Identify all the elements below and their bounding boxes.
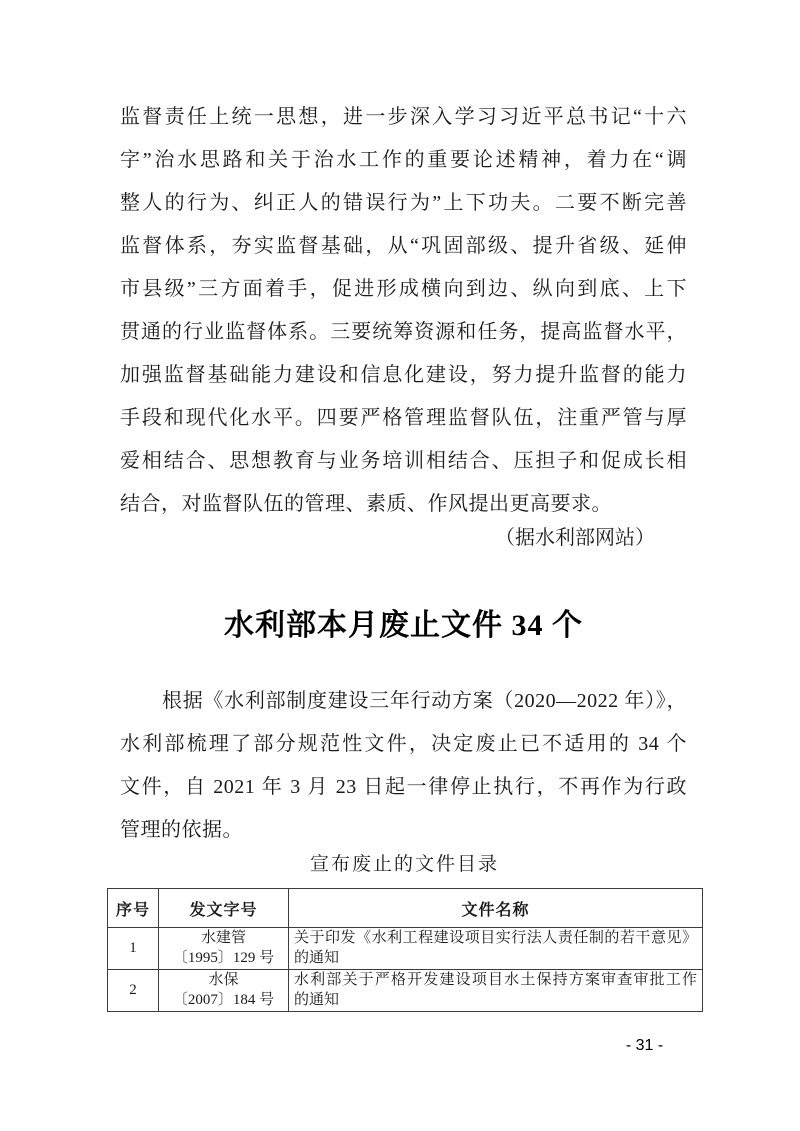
text-line: 手段和现代化水平。四要严格管理监督队伍，注重严管与厚 xyxy=(120,397,687,440)
body-paragraph-2: 根据《水利部制度建设三年行动方案（2020—2022 年）》，水利部梳理了部分规… xyxy=(120,680,687,852)
text-line: 文件，自 2021 年 3 月 23 日起一律停止执行，不再作为行政 xyxy=(120,766,687,809)
article-title: 水利部本月废止文件 34 个 xyxy=(120,603,687,649)
cell-line: 的通知 xyxy=(294,991,697,1011)
cell-index: 2 xyxy=(108,970,159,1012)
cell-index: 1 xyxy=(108,928,159,970)
cell-line: 水利部关于严格开发建设项目水土保持方案审查审批工作 xyxy=(294,971,697,991)
cell-line: 〔1995〕129 号 xyxy=(164,949,283,969)
body-paragraph-1: 监督责任上统一思想，进一步深入学习习近平总书记“十六字”治水思路和关于治水工作的… xyxy=(120,96,687,526)
column-header-index: 序号 xyxy=(108,889,159,928)
table-row: 2水保〔2007〕184 号水利部关于严格开发建设项目水土保持方案审查审批工作的… xyxy=(108,970,703,1012)
cell-doc-code: 水建管〔1995〕129 号 xyxy=(159,928,289,970)
text-line: 字”治水思路和关于治水工作的重要论述精神，着力在“调 xyxy=(120,139,687,182)
abolished-documents-table: 序号 发文字号 文件名称 1水建管〔1995〕129 号关于印发《水利工程建设项… xyxy=(107,888,703,1012)
table-caption: 宣布废止的文件目录 xyxy=(107,850,702,880)
cell-line: 水保 xyxy=(164,971,283,991)
text-line: 管理的依据。 xyxy=(120,809,687,852)
cell-doc-name: 水利部关于严格开发建设项目水土保持方案审查审批工作的通知 xyxy=(289,970,703,1012)
source-attribution-text: （据水利部网站） xyxy=(495,517,655,560)
text-line: 整人的行为、纠正人的错误行为”上下功夫。二要不断完善 xyxy=(120,182,687,225)
cell-line: 的通知 xyxy=(294,949,697,969)
text-line: 市县级”三方面着手，促进形成横向到边、纵向到底、上下 xyxy=(120,268,687,311)
table-header-row: 序号 发文字号 文件名称 xyxy=(108,889,703,928)
cell-line: 水建管 xyxy=(164,929,283,949)
text-line: 加强监督基础能力建设和信息化建设，努力提升监督的能力 xyxy=(120,354,687,397)
column-header-doc-code: 发文字号 xyxy=(159,889,289,928)
text-line: 监督责任上统一思想，进一步深入学习习近平总书记“十六 xyxy=(120,96,687,139)
page-number: - 31 - xyxy=(592,1034,697,1058)
text-line: 爱相结合、思想教育与业务培训相结合、压担子和促成长相 xyxy=(120,440,687,483)
cell-doc-code: 水保〔2007〕184 号 xyxy=(159,970,289,1012)
table-row: 1水建管〔1995〕129 号关于印发《水利工程建设项目实行法人责任制的若干意见… xyxy=(108,928,703,970)
source-attribution: （据水利部网站） xyxy=(120,517,687,560)
column-header-doc-name: 文件名称 xyxy=(289,889,703,928)
document-page: 监督责任上统一思想，进一步深入学习习近平总书记“十六字”治水思路和关于治水工作的… xyxy=(0,0,800,1131)
text-line: 根据《水利部制度建设三年行动方案（2020—2022 年）》， xyxy=(120,680,687,723)
text-line: 水利部梳理了部分规范性文件，决定废止已不适用的 34 个 xyxy=(120,723,687,766)
cell-line: 〔2007〕184 号 xyxy=(164,991,283,1011)
cell-doc-name: 关于印发《水利工程建设项目实行法人责任制的若干意见》的通知 xyxy=(289,928,703,970)
cell-line: 关于印发《水利工程建设项目实行法人责任制的若干意见》 xyxy=(294,929,697,949)
text-line: 贯通的行业监督体系。三要统筹资源和任务，提高监督水平， xyxy=(120,311,687,354)
text-line: 监督体系，夯实监督基础，从“巩固部级、提升省级、延伸 xyxy=(120,225,687,268)
